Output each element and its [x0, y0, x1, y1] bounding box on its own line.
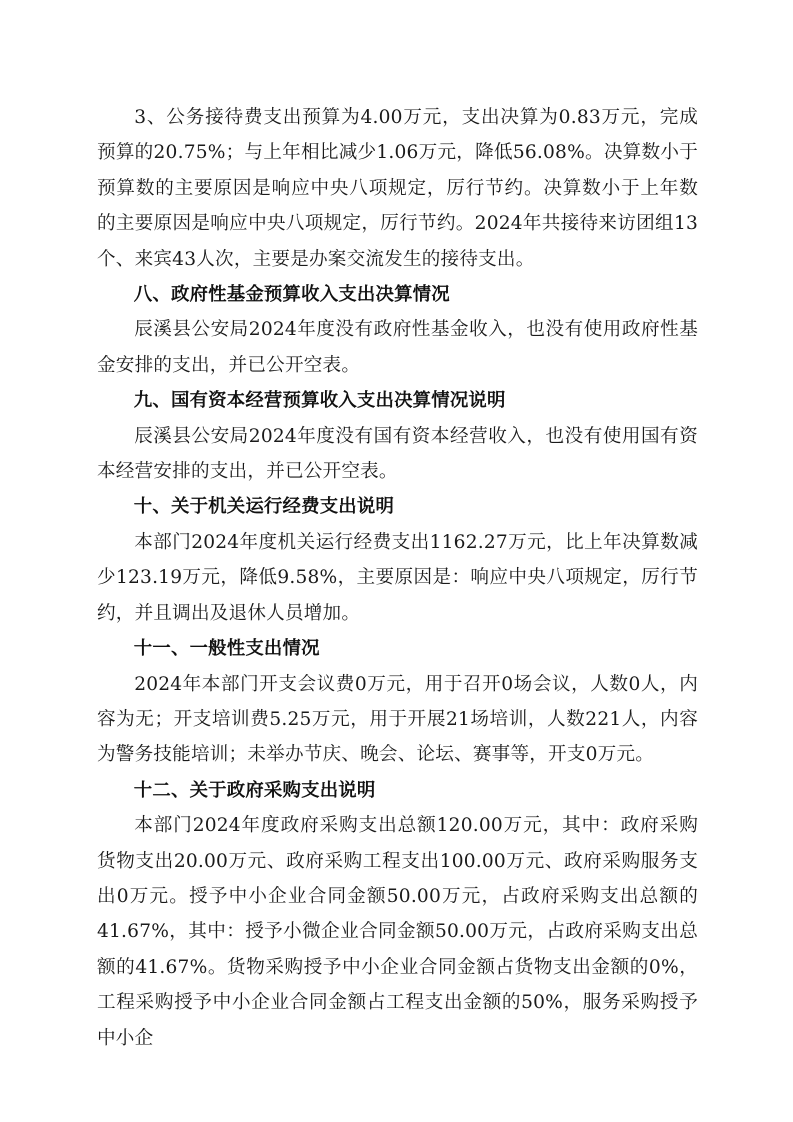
paragraph-government-fund-budget: 辰溪县公安局2024年度没有政府性基金收入，也没有使用政府性基金安排的支出，并已…: [97, 312, 698, 383]
heading-government-procurement: 十二、关于政府采购支出说明: [97, 773, 698, 808]
paragraph-state-capital-budget: 辰溪县公安局2024年度没有国有资本经营收入，也没有使用国有资本经营安排的支出，…: [97, 419, 698, 490]
paragraph-operating-expenses: 本部门2024年度机关运行经费支出1162.27万元，比上年决算数减少123.1…: [97, 525, 698, 631]
paragraph-general-expenses: 2024年本部门开支会议费0万元，用于召开0场会议，人数0人，内容为无；开支培训…: [97, 667, 698, 773]
paragraph-government-procurement: 本部门2024年度政府采购支出总额120.00万元，其中：政府采购货物支出20.…: [97, 808, 698, 1056]
heading-state-capital-budget: 九、国有资本经营预算收入支出决算情况说明: [97, 383, 698, 418]
paragraph-reception-expenses: 3、公务接待费支出预算为4.00万元，支出决算为0.83万元，完成预算的20.7…: [97, 100, 698, 277]
heading-operating-expenses: 十、关于机关运行经费支出说明: [97, 489, 698, 524]
heading-general-expenses: 十一、一般性支出情况: [97, 631, 698, 666]
heading-government-fund-budget: 八、政府性基金预算收入支出决算情况: [97, 277, 698, 312]
document-page: 3、公务接待费支出预算为4.00万元，支出决算为0.83万元，完成预算的20.7…: [97, 100, 698, 1056]
